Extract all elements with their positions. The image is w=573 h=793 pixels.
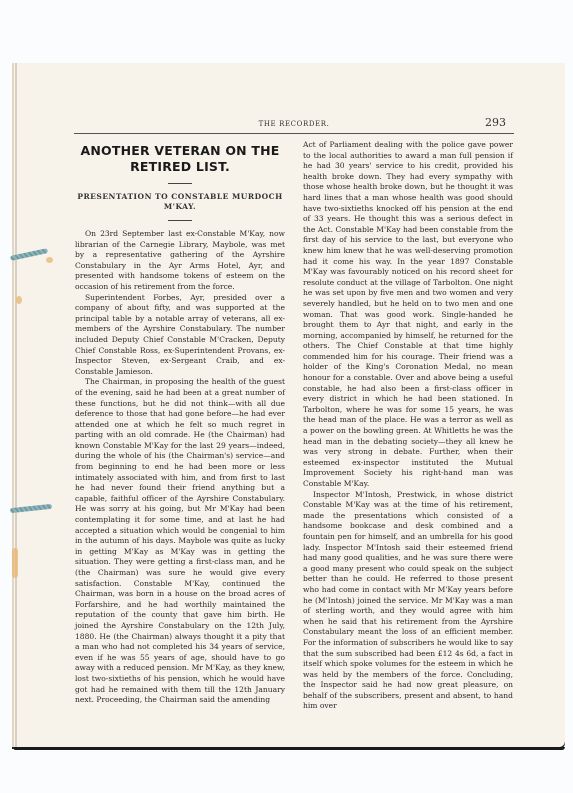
divider — [168, 183, 192, 184]
article-headline: ANOTHER VETERAN ON THE RETIRED LIST. — [75, 143, 285, 175]
binding-edge — [15, 63, 17, 747]
divider — [168, 220, 192, 221]
left-column: ANOTHER VETERAN ON THE RETIRED LIST. PRE… — [75, 141, 285, 706]
page-number: 293 — [485, 116, 506, 129]
stain — [16, 296, 22, 304]
stain — [46, 257, 53, 263]
paragraph: The Chairman, in proposing the health of… — [75, 377, 285, 705]
running-title: THE RECORDER. — [74, 120, 514, 128]
running-header: THE RECORDER. 293 — [74, 117, 514, 134]
paragraph: On 23rd September last ex-Constable M'Ka… — [75, 229, 285, 293]
paragraph: Inspector M'Intosh, Prestwick, in whose … — [303, 490, 513, 712]
stain — [12, 548, 18, 578]
paragraph: Superintendent Forbes, Ayr, presided ove… — [75, 293, 285, 378]
right-column: Act of Parliament dealing with the polic… — [303, 140, 513, 712]
paragraph: Act of Parliament dealing with the polic… — [303, 140, 513, 490]
article-subheadline: PRESENTATION TO CONSTABLE MURDOCH M'KAY. — [75, 192, 285, 212]
